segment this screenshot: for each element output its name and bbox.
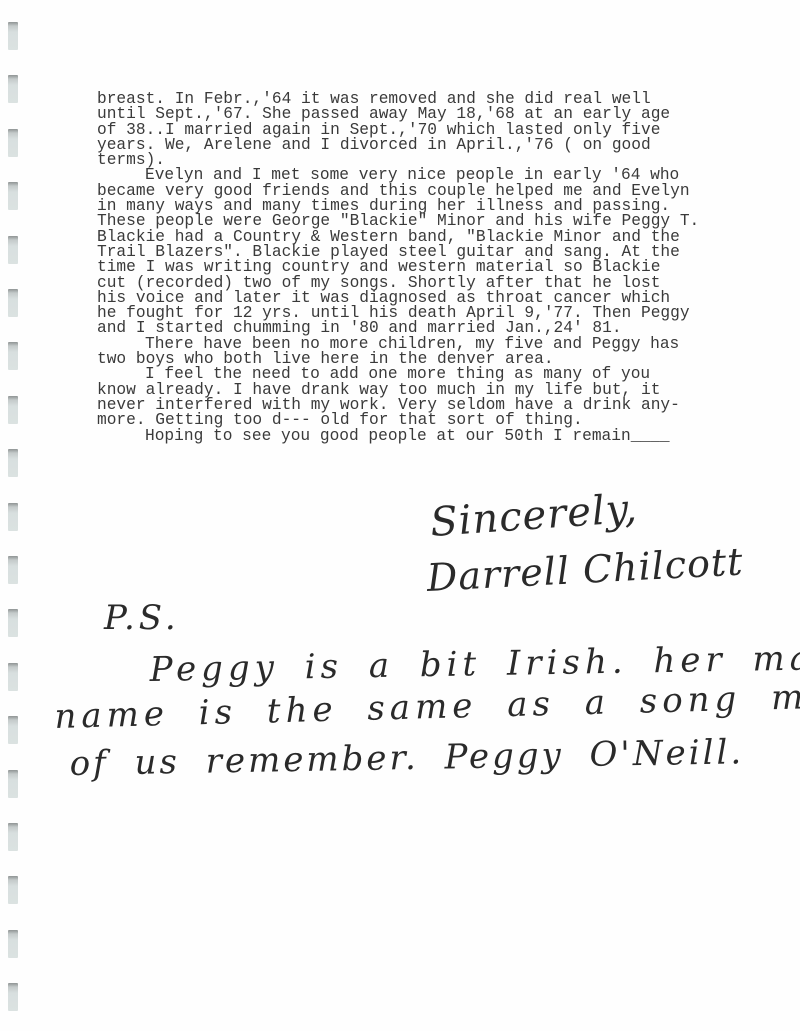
- typed-letter-body: breast. In Febr.,'64 it was removed and …: [97, 92, 699, 444]
- letter-page: breast. In Febr.,'64 it was removed and …: [0, 0, 800, 1031]
- binding-hole: [8, 823, 18, 851]
- spiral-binding-holes: [0, 0, 30, 1031]
- signature: Darrell Chilcott: [426, 539, 745, 600]
- postscript-line: of us remember. Peggy O'Neill.: [69, 732, 744, 784]
- binding-hole: [8, 556, 18, 584]
- typed-line: Hoping to see you good people at our 50t…: [97, 429, 699, 444]
- binding-hole: [8, 396, 18, 424]
- binding-hole: [8, 663, 18, 691]
- binding-hole: [8, 983, 18, 1011]
- binding-hole: [8, 609, 18, 637]
- binding-hole: [8, 75, 18, 103]
- binding-hole: [8, 930, 18, 958]
- closing-salutation: Sincerely,: [429, 486, 639, 546]
- binding-hole: [8, 289, 18, 317]
- binding-hole: [8, 876, 18, 904]
- typed-line: years. We, Arelene and I divorced in Apr…: [97, 138, 699, 153]
- binding-hole: [8, 342, 18, 370]
- binding-hole: [8, 22, 18, 50]
- binding-hole: [8, 236, 18, 264]
- postscript-label: P.S.: [104, 598, 180, 638]
- binding-hole: [8, 503, 18, 531]
- binding-hole: [8, 182, 18, 210]
- binding-hole: [8, 129, 18, 157]
- binding-hole: [8, 449, 18, 477]
- binding-hole: [8, 716, 18, 744]
- binding-hole: [8, 770, 18, 798]
